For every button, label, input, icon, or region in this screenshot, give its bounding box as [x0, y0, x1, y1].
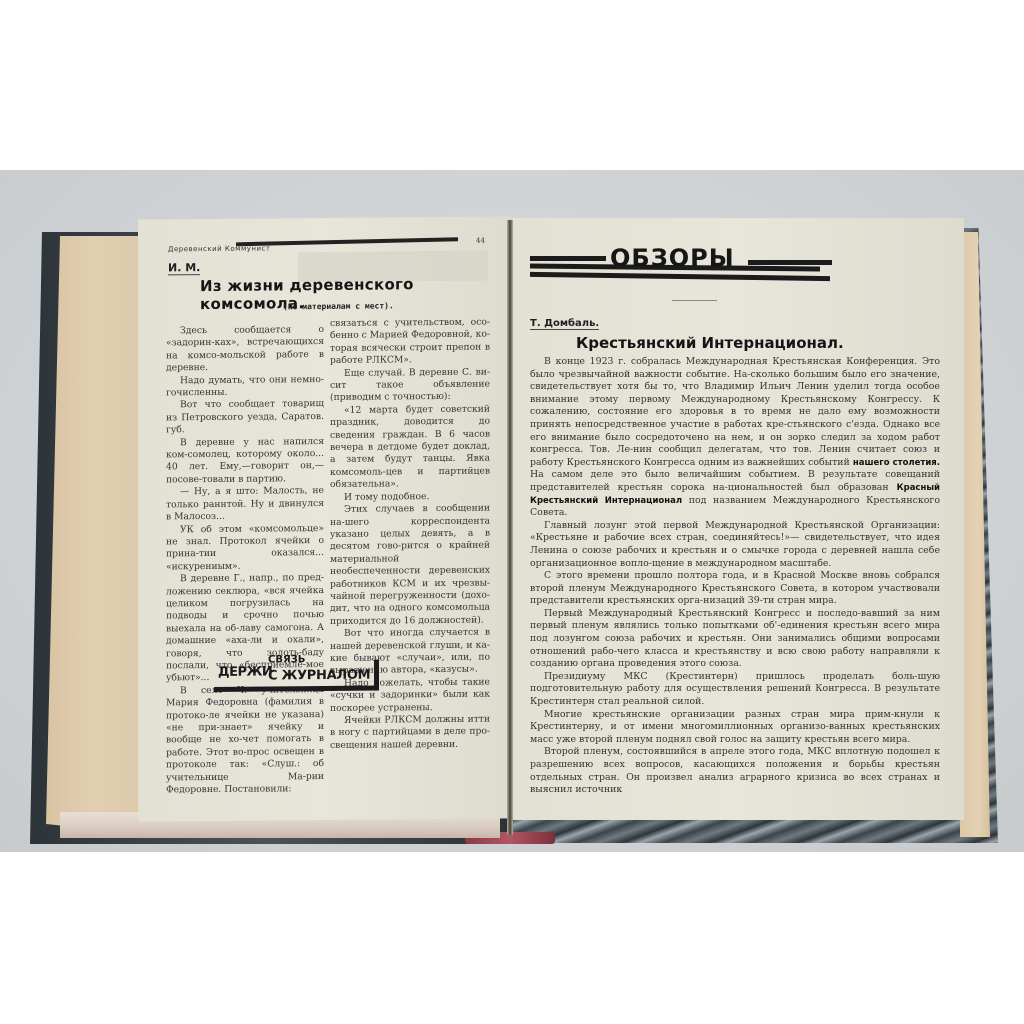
- paragraph: В селе Ч. учительница Мария Федоровна (ф…: [166, 684, 324, 797]
- paragraph: Еще случай. В деревне С. ви-сит такое об…: [330, 366, 490, 405]
- emphasis-text: нашего столетия.: [853, 458, 940, 468]
- stamp-word-3: С ЖУРНАЛОМ: [268, 668, 370, 684]
- rubric-bar: [530, 256, 606, 261]
- article-author: И. М.: [168, 261, 200, 275]
- book-gutter: [507, 220, 513, 835]
- paragraph: Ячейки РЛКСМ должны итти в ногу с партий…: [330, 714, 490, 753]
- paragraph-text: На самом деле это было величайшим событи…: [530, 469, 940, 493]
- paragraph: Этих случаев в сообщении на-шего корресп…: [330, 503, 490, 628]
- page-number: 44: [476, 237, 485, 245]
- article-subtitle: (По материалам с мест).: [283, 301, 394, 311]
- paragraph: Второй пленум, состоявшийся в апреле это…: [530, 746, 940, 796]
- paragraph: В конце 1923 г. собралась Международная …: [530, 356, 940, 520]
- right-page: ОБЗОРЫ Т. Домбаль. Крестьянский Интернац…: [512, 218, 964, 820]
- paragraph: связаться с учительством, осо-бенно с Ма…: [330, 317, 490, 368]
- paragraph: Здесь сообщается о «задорин-ках», встреч…: [166, 324, 324, 375]
- paragraph: УК об этом «комсомольце» не знал. Проток…: [166, 523, 324, 574]
- rubric-bar: [530, 272, 830, 281]
- paragraph: Первый Международный Крестьянский Конгре…: [530, 608, 940, 671]
- paragraph: Вот что сообщает товарищ из Петровского …: [166, 398, 324, 437]
- paragraph: Надо думать, что они немно-гочисленны.: [166, 374, 324, 400]
- paragraph: Президиуму МКС (Крестинтерн) пришлось пр…: [530, 671, 940, 709]
- article-title: Крестьянский Интернационал.: [576, 334, 844, 352]
- section-rubric-banner: ОБЗОРЫ: [530, 242, 820, 288]
- section-rubric: ОБЗОРЫ: [610, 244, 735, 272]
- paragraph: — Ну, а я што: Малость, не только раннто…: [166, 485, 324, 524]
- stamp-word-2: СВЯЗЬ: [268, 654, 305, 665]
- paragraph-text: В конце 1923 г. собралась Международная …: [530, 356, 940, 468]
- header-rule: [236, 237, 458, 246]
- paragraph: С этого времени прошло полтора года, и в…: [530, 570, 940, 608]
- keep-in-touch-stamp: ДЕРЖИ СВЯЗЬ С ЖУРНАЛОМ: [214, 652, 374, 697]
- paragraph: Многие крестьянские организации разных с…: [530, 709, 940, 747]
- divider: [672, 300, 717, 301]
- stamp-word-1: ДЕРЖИ: [218, 664, 272, 679]
- paragraph: Главный лозунг этой первой Международной…: [530, 520, 940, 570]
- text-column: В конце 1923 г. собралась Международная …: [530, 356, 940, 797]
- left-page: Деревенский Коммунист 44 И. М. Из жизни …: [138, 216, 510, 821]
- paragraph: В деревне у нас напился ком-сомолец, кот…: [166, 436, 324, 487]
- text-column-1: Здесь сообщается о «задорин-ках», встреч…: [166, 324, 324, 797]
- paragraph: «12 марта будет советский праздник, дово…: [330, 403, 490, 491]
- article-author: Т. Домбаль.: [530, 318, 599, 330]
- rubric-bar: [748, 260, 832, 265]
